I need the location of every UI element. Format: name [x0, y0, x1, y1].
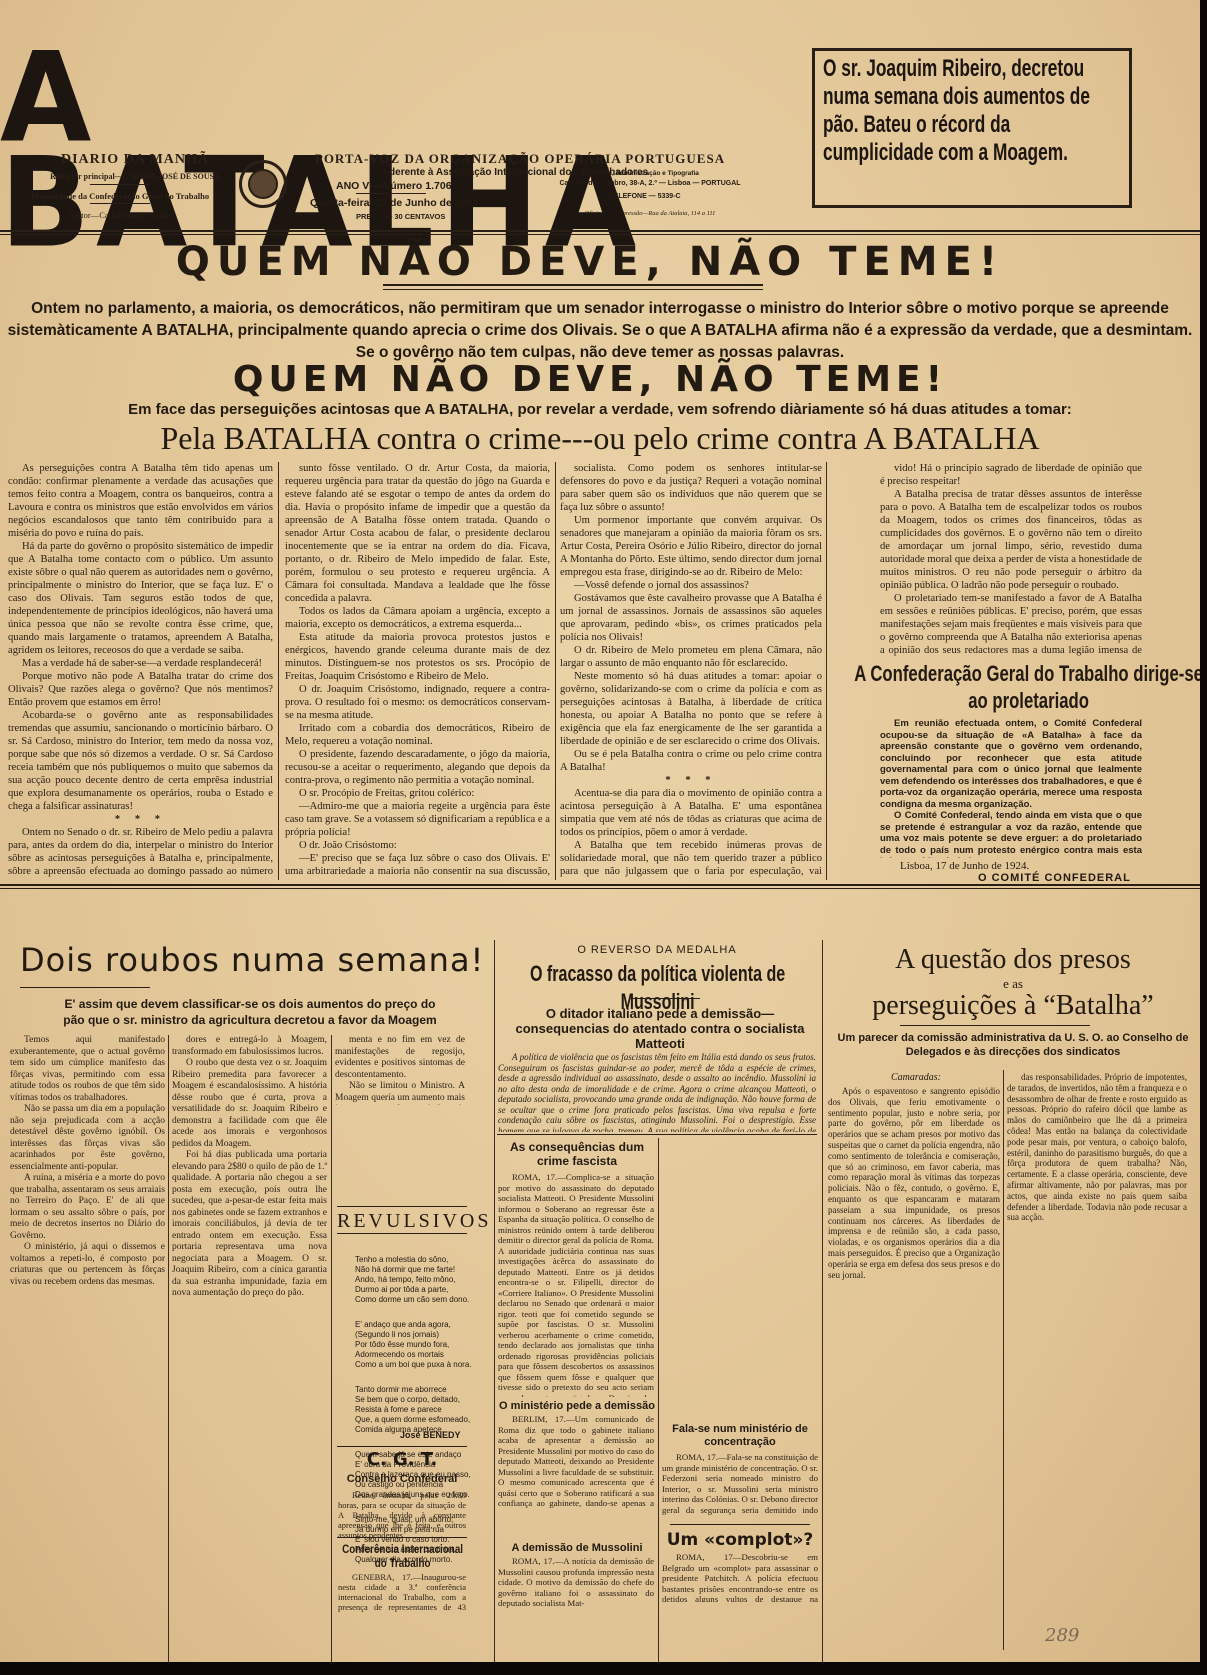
mussolini-sec4-title: Fala-se num ministério de concentração [662, 1423, 818, 1449]
labour-conference-title: Conferência Internacional do Trabalho [337, 1542, 468, 1570]
mussolini-deck: O ditador italiano pede a demissão—conse… [510, 1006, 810, 1051]
cgt-notice-title: C. G. T. [337, 1449, 467, 1470]
masthead-property: Propriedade da Confederação Geral do Tra… [0, 191, 240, 201]
mussolini-kicker: O REVERSO DA MEDALHA [497, 944, 817, 956]
masthead-title: A BATALHA [0, 45, 770, 255]
robbery-col-2: dores e entregá-lo à Moagem, transformad… [172, 1035, 327, 1662]
box-notice-text: O sr. Joaquim Ribeiro, decretou numa sem… [823, 55, 1125, 167]
mussolini-sec1-text: ROMA, 17.—Complica-se a situação por mot… [498, 1172, 654, 1397]
robbery-col-3: menta e no fim em vez de manifestações d… [335, 1035, 465, 1105]
poem-author: José BENEDY [400, 1430, 461, 1440]
main-col-1: As perseguições contra A Batalha têm tid… [8, 462, 273, 880]
mussolini-sec3-title: A demissão de Mussolini [497, 1542, 657, 1554]
prisoners-col-2: das responsabilidades. Próprio de impote… [1007, 1072, 1187, 1646]
cgt-headline: A Confederação Geral do Trabalho dirige-… [850, 660, 1200, 714]
prisoners-headline-a: A questão dos presos [826, 944, 1200, 976]
mussolini-sec4-text: ROMA, 17.—Fala-se na constituição de um … [662, 1452, 818, 1517]
prisoners-headline-b: perseguições à “Batalha” [826, 990, 1200, 1022]
main-lead: Ontem no parlamento, a maioria, os democ… [0, 298, 1200, 364]
masthead-editor: Redactor principal—CARLOS JOSÉ DE SOUSA [20, 172, 250, 181]
cgt-statement-body: Em reunião efectuada ontem, o Comité Con… [880, 718, 1142, 858]
mussolini-sec1-continued [662, 1138, 818, 1388]
robbery-col-1: Temos aqui manifestado exuberantemente, … [10, 1035, 165, 1662]
robbery-deck: E' assim que devem classificar-se os doi… [55, 996, 445, 1028]
main-headline-2: QUEM NÃO DEVE, NÃO TEME! [60, 358, 1120, 402]
main-col-3: socialista. Como podem os senhores intit… [560, 462, 822, 880]
poem-title: REVULSIVOS [337, 1210, 477, 1233]
main-headline-1: QUEM NÃO DEVE, NÃO TEME! [60, 236, 1120, 288]
mussolini-sec5-title: Um «complot»? [662, 1530, 818, 1550]
prisoners-salutation: Camaradas: [826, 1072, 1006, 1083]
mussolini-sec5-text: ROMA, 17—Descobriu-se em Belgrado um «co… [662, 1552, 818, 1602]
mussolini-sec2-title: O ministério pede a demissão [497, 1400, 657, 1412]
cgt-notice-subtitle: Conselho Confederal [337, 1473, 467, 1485]
box-notice: O sr. Joaquim Ribeiro, decretou numa sem… [812, 48, 1132, 208]
mussolini-sec1-title: As consequências dum crime fascista [497, 1140, 657, 1168]
page-number: 289 [1045, 1625, 1079, 1646]
mussolini-sec3-text: ROMA, 17.—A notícia da demissão de Musso… [498, 1556, 654, 1611]
cgt-seal-icon [239, 160, 287, 208]
main-col-2: sunto fôsse ventilado. O dr. Artur Costa… [285, 462, 550, 880]
labour-conference-text: GENEBRA, 17.—Inaugurou-se nesta cidade a… [338, 1572, 466, 1612]
robbery-headline: Dois roubos numa semana! [20, 940, 490, 980]
main-subhead: Pela BATALHA contra o crime---ou pelo cr… [150, 418, 1050, 458]
main-col-4: vido! Há o princípio sagrado de liberdad… [880, 462, 1142, 657]
prisoners-col-1: Após o espaventoso e sangrento episódio … [828, 1086, 1000, 1646]
masthead-tagline: PORTA-VOZ DA ORGANIZAÇÃO OPERÁRIA PORTUG… [300, 151, 740, 167]
masthead-editor2: Editor—Carlos Maria Coelho [20, 210, 220, 220]
masthead-admin: Redacção, Administração e Tipografia [530, 170, 750, 177]
mussolini-intro: A política de violência que os fascistas… [498, 1052, 816, 1132]
masthead-address: Calçada do Combro, 38-A, 2.º — Lisboa — … [530, 180, 770, 187]
main-deck: Em face das perseguições acintosas que A… [0, 400, 1200, 420]
prisoners-deck: Um parecer da comissão administrativa da… [826, 1031, 1200, 1059]
masthead-print-shop: Oficinas de impressão—Rua da Atalaia, 11… [540, 210, 760, 217]
mussolini-sec2-text: BERLIM, 17.—Um comunicado de Roma diz qu… [498, 1414, 654, 1509]
issue-price: PREÇO — 30 CENTAVOS [356, 212, 506, 221]
newspaper-page: A BATALHA DIARIO DA MANHÃ Redactor princ… [0, 0, 1200, 1662]
masthead-subtitle: DIARIO DA MANHÃ [40, 152, 230, 168]
cgt-notice-text: Reúne àmanhã, pelas 20.30 horas, para se… [338, 1490, 466, 1540]
cgt-dateline: Lisboa, 17 de Junho de 1924. [900, 860, 1029, 872]
issue-number: ANO VI—Número 1.706 [336, 180, 506, 192]
masthead-phone: TELEFONE — 5339-C [560, 193, 730, 200]
cgt-signature: O COMITÉ CONFEDERAL [978, 872, 1131, 884]
issue-date: Quarta-feira, 18 de Junho de 1924 [310, 197, 510, 209]
